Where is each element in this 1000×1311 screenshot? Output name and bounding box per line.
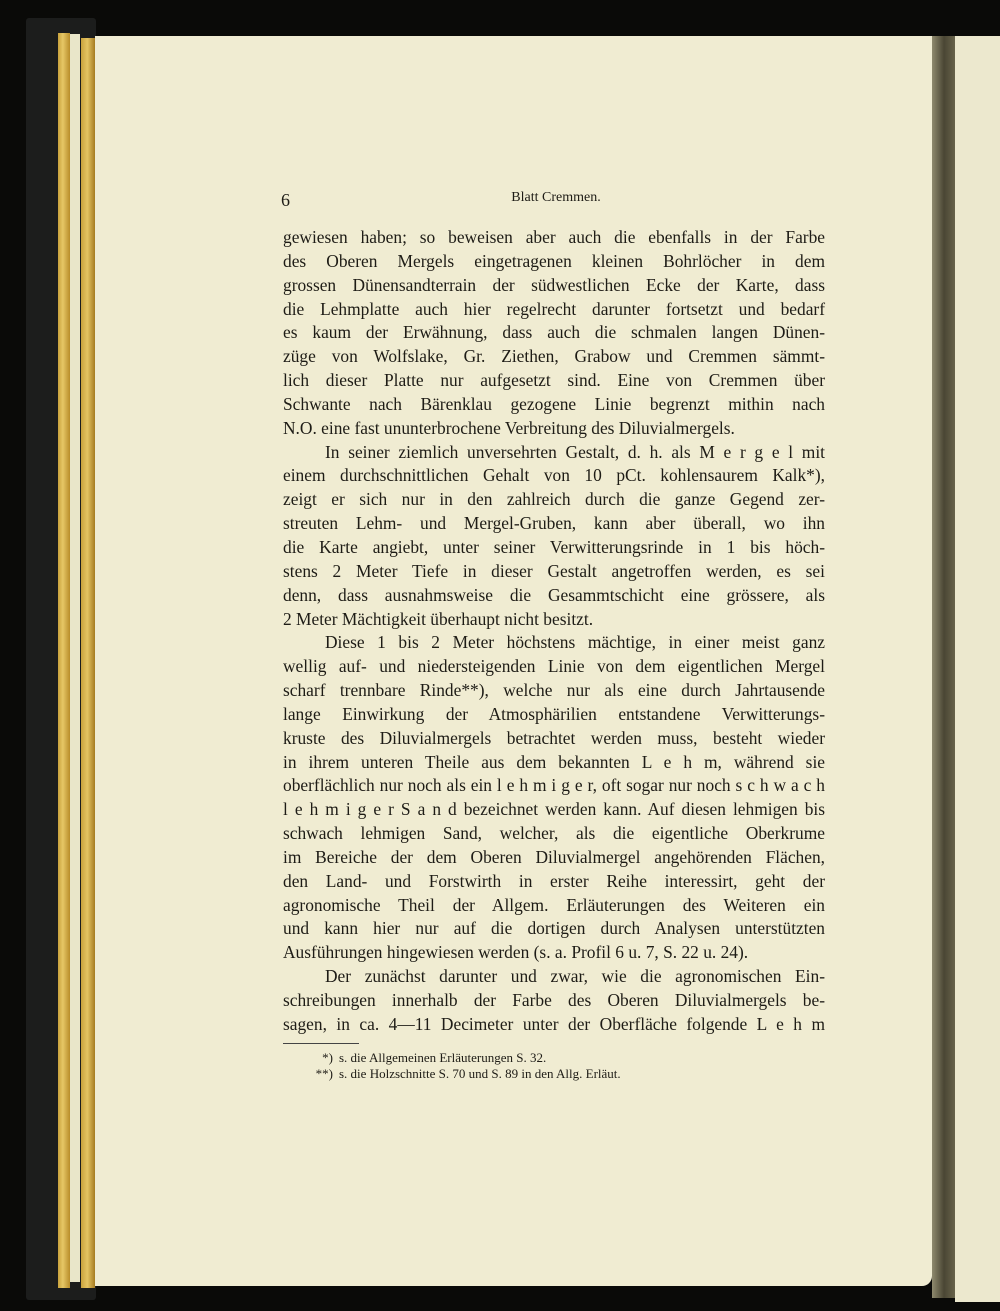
footnote-mark: *) xyxy=(305,1050,333,1066)
text-line: wellig auf- und niedersteigenden Linie v… xyxy=(283,655,825,679)
text-line: Schwante nach Bärenklau gezogene Linie b… xyxy=(283,393,825,417)
footnote-text: s. die Holzschnitte S. 70 und S. 89 in d… xyxy=(339,1066,621,1081)
text-line: N.O. eine fast ununterbrochene Verbreitu… xyxy=(283,417,825,441)
text-line: schwach lehmigen Sand, welcher, als die … xyxy=(283,822,825,846)
body-text: gewiesen haben; so beweisen aber auch di… xyxy=(283,226,825,1037)
text-line: streuten Lehm- und Mergel-Gruben, kann a… xyxy=(283,512,825,536)
footnote: **)s. die Holzschnitte S. 70 und S. 89 i… xyxy=(305,1066,805,1082)
text-line: schreibungen innerhalb der Farbe des Obe… xyxy=(283,989,825,1013)
text-line: scharf trennbare Rinde**), welche nur al… xyxy=(283,679,825,703)
page-edge-leaf xyxy=(70,34,80,1282)
text-line: lich dieser Platte nur aufgesetzt sind. … xyxy=(283,369,825,393)
text-line: 2 Meter Mächtigkeit überhaupt nicht besi… xyxy=(283,608,825,632)
running-head: Blatt Cremmen. xyxy=(281,190,821,206)
text-line: in ihrem unteren Theile aus dem bekannte… xyxy=(283,751,825,775)
text-line: lange Einwirkung der Atmosphärilien ents… xyxy=(283,703,825,727)
footnote-text: s. die Allgemeinen Erläuterungen S. 32. xyxy=(339,1050,546,1065)
text-line: Ausführungen hingewiesen werden (s. a. P… xyxy=(283,941,825,965)
text-line: die Lehmplatte auch hier regelrecht daru… xyxy=(283,298,825,322)
text-line: grossen Dünensandterrain der südwestlich… xyxy=(283,274,825,298)
book-gutter-shadow xyxy=(932,36,956,1298)
text-line: In seiner ziemlich unversehrten Gestalt,… xyxy=(283,441,825,465)
text-line: oberflächlich nur noch als ein l e h m i… xyxy=(283,774,825,798)
text-line: gewiesen haben; so beweisen aber auch di… xyxy=(283,226,825,250)
text-line: die Karte angiebt, unter seiner Verwitte… xyxy=(283,536,825,560)
page-header: 6 Blatt Cremmen. xyxy=(281,190,821,212)
text-line: sagen, in ca. 4—11 Decimeter unter der O… xyxy=(283,1013,825,1037)
text-line: Der zunächst darunter und zwar, wie die … xyxy=(283,965,825,989)
text-line: züge von Wolfslake, Gr. Ziethen, Grabow … xyxy=(283,345,825,369)
text-line: im Bereiche der dem Oberen Diluvialmerge… xyxy=(283,846,825,870)
facing-page-strip xyxy=(955,36,1000,1302)
footnote-rule xyxy=(283,1043,359,1044)
footnote-mark: **) xyxy=(305,1066,333,1082)
text-line: kruste des Diluvialmergels betrachtet we… xyxy=(283,727,825,751)
text-line: einem durchschnittlichen Gehalt von 10 p… xyxy=(283,464,825,488)
footnote: *)s. die Allgemeinen Erläuterungen S. 32… xyxy=(305,1050,805,1066)
text-line: und kann hier nur auf die dortigen durch… xyxy=(283,917,825,941)
footnotes: *)s. die Allgemeinen Erläuterungen S. 32… xyxy=(305,1050,805,1082)
text-line: des Oberen Mergels eingetragenen kleinen… xyxy=(283,250,825,274)
text-line: es kaum der Erwähnung, dass auch die sch… xyxy=(283,321,825,345)
text-line: stens 2 Meter Tiefe in dieser Gestalt an… xyxy=(283,560,825,584)
text-line: l e h m i g e r S a n d bezeichnet werde… xyxy=(283,798,825,822)
text-line: denn, dass ausnahmsweise die Gesammtschi… xyxy=(283,584,825,608)
page-edge-gilt-inner xyxy=(81,38,95,1288)
text-line: zeigt er sich nur in den zahlreich durch… xyxy=(283,488,825,512)
page-edge-gilt xyxy=(58,33,70,1288)
text-line: Diese 1 bis 2 Meter höchstens mächtige, … xyxy=(283,631,825,655)
text-line: den Land- und Forstwirth in erster Reihe… xyxy=(283,870,825,894)
text-line: agronomische Theil der Allgem. Erläuteru… xyxy=(283,894,825,918)
